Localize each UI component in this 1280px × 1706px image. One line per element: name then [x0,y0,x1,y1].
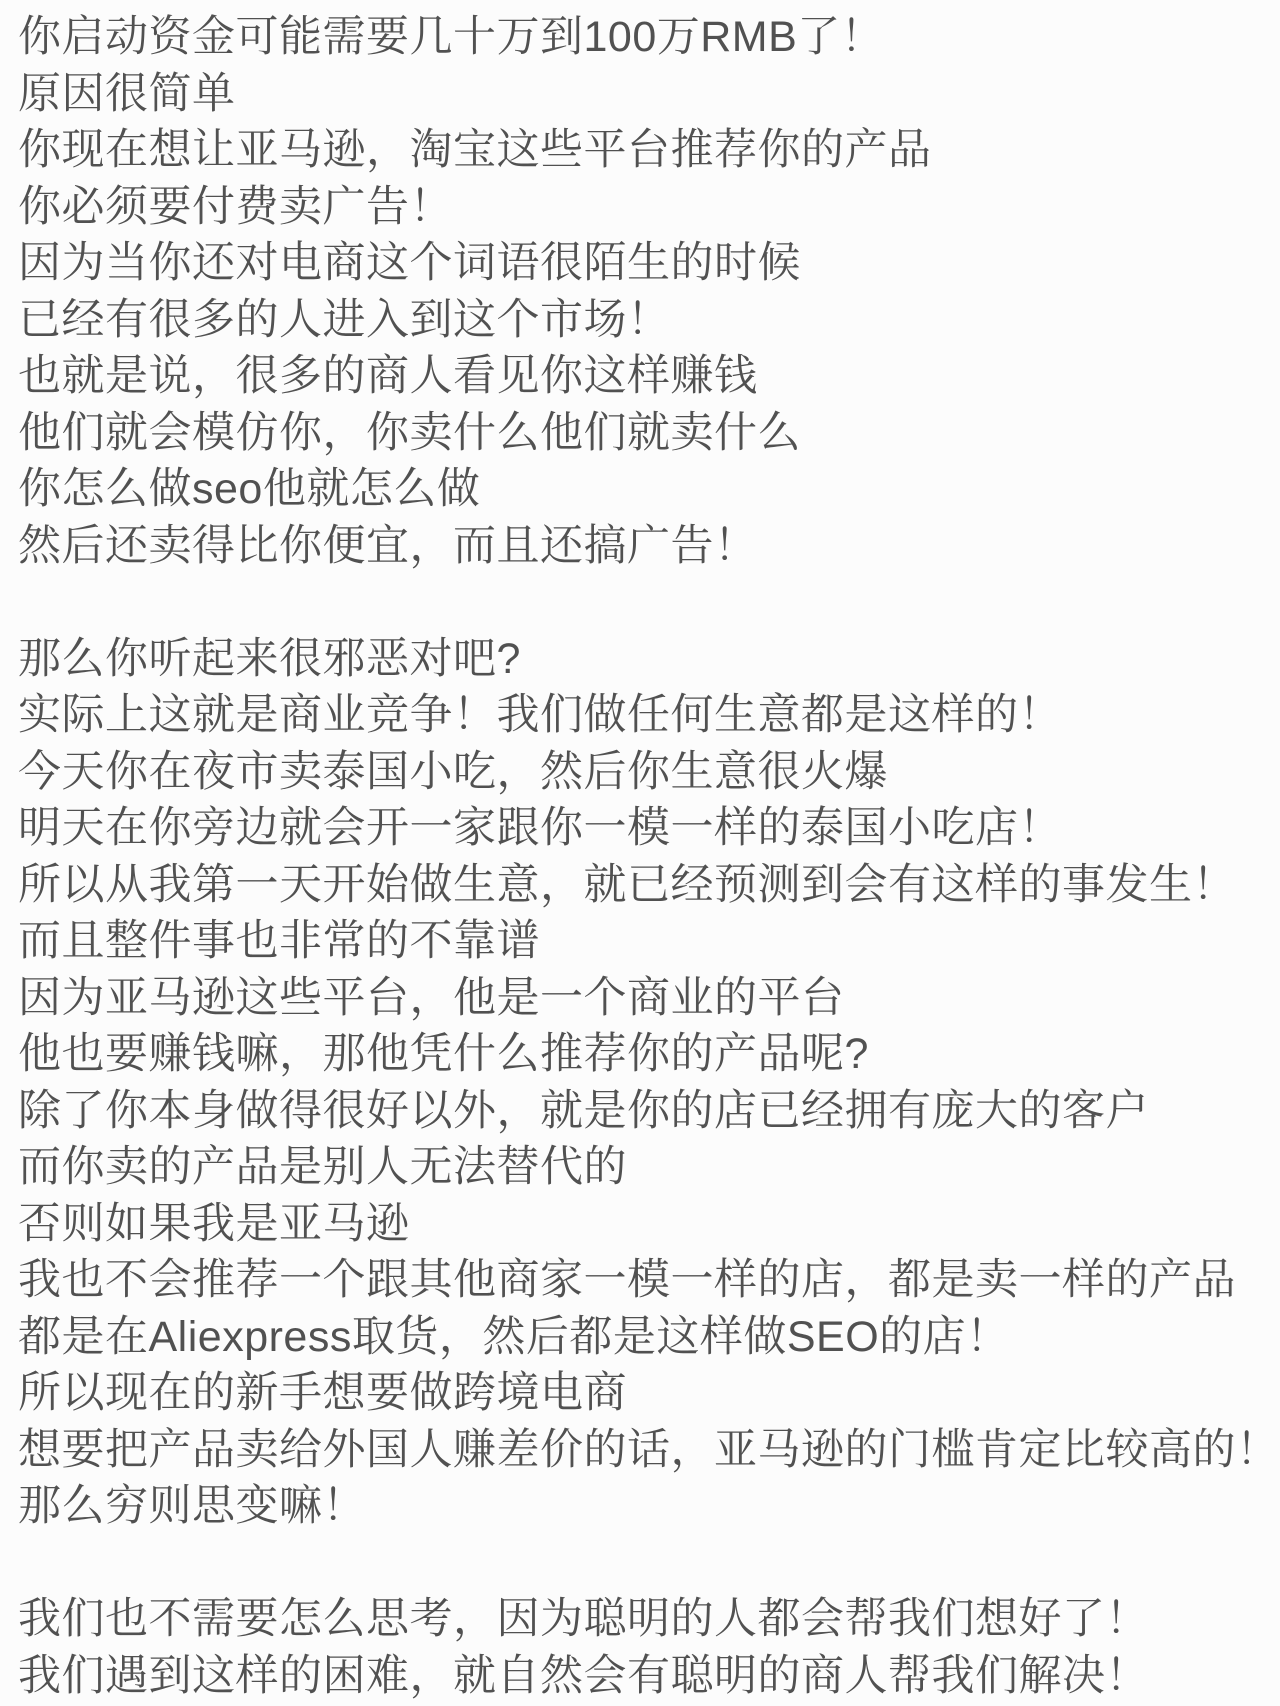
text-line: 他们就会模仿你，你卖什么他们就卖什么 [18,405,1270,462]
text-line: 我也不会推荐一个跟其他商家一模一样的店，都是卖一样的产品 [18,1252,1270,1309]
page: 你启动资金可能需要几十万到100万RMB了！原因很简单你现在想让亚马逊，淘宝这些… [0,0,1280,1706]
text-line: 你必须要付费卖广告！ [18,179,1270,236]
text-line: 也就是说，很多的商人看见你这样赚钱 [18,348,1270,405]
text-line: 今天你在夜市卖泰国小吃，然后你生意很火爆 [18,744,1270,801]
text-line: 你现在想让亚马逊，淘宝这些平台推荐你的产品 [18,122,1270,179]
text-line: 我们也不需要怎么思考，因为聪明的人都会帮我们想好了！ [18,1591,1270,1648]
text-line: 因为当你还对电商这个词语很陌生的时候 [18,235,1270,292]
text-line: 你启动资金可能需要几十万到100万RMB了！ [18,9,1270,66]
text-content: 你启动资金可能需要几十万到100万RMB了！原因很简单你现在想让亚马逊，淘宝这些… [18,9,1270,1704]
text-line: 因为亚马逊这些平台，他是一个商业的平台 [18,970,1270,1027]
text-line: 否则如果我是亚马逊 [18,1196,1270,1253]
text-line: 已经有很多的人进入到这个市场！ [18,292,1270,349]
text-line: 明天在你旁边就会开一家跟你一模一样的泰国小吃店！ [18,800,1270,857]
text-line: 你怎么做seo他就怎么做 [18,461,1270,518]
text-line: 所以现在的新手想要做跨境电商 [18,1365,1270,1422]
text-line: 想要把产品卖给外国人赚差价的话，亚马逊的门槛肯定比较高的！ [18,1422,1270,1479]
text-line: 都是在Aliexpress取货，然后都是这样做SEO的店！ [18,1309,1270,1366]
text-line: 而你卖的产品是别人无法替代的 [18,1139,1270,1196]
text-line: 所以从我第一天开始做生意，就已经预测到会有这样的事发生！ [18,857,1270,914]
text-line: 除了你本身做得很好以外，就是你的店已经拥有庞大的客户 [18,1083,1270,1140]
text-line: 然后还卖得比你便宜，而且还搞广告！ [18,518,1270,575]
text-line: 他也要赚钱嘛，那他凭什么推荐你的产品呢? [18,1026,1270,1083]
text-line: 实际上这就是商业竞争！我们做任何生意都是这样的！ [18,687,1270,744]
text-line: 那么穷则思变嘛！ [18,1478,1270,1535]
text-line: 原因很简单 [18,66,1270,123]
blank-line [18,574,1270,631]
blank-line [18,1535,1270,1592]
text-line: 而且整件事也非常的不靠谱 [18,913,1270,970]
text-line: 那么你听起来很邪恶对吧? [18,631,1270,688]
text-line: 我们遇到这样的困难，就自然会有聪明的商人帮我们解决！ [18,1648,1270,1705]
